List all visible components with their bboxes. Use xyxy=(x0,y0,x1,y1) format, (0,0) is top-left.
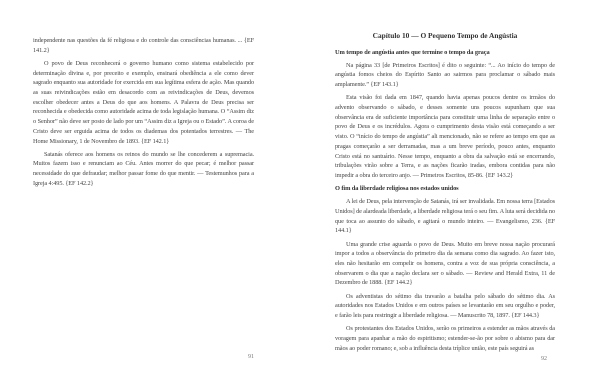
paragraph-continuation: independente nas questões da fé religios… xyxy=(33,36,254,55)
page-number-left: 91 xyxy=(33,354,254,361)
chapter-title: Capítulo 10 — O Pequeno Tempo de Angústi… xyxy=(335,31,555,42)
book-spread: independente nas questões da fé religios… xyxy=(0,0,600,388)
right-page-text-block: Capítulo 10 — O Pequeno Tempo de Angústi… xyxy=(335,31,555,357)
paragraph: A lei de Deus, pela intervenção de Satan… xyxy=(335,197,555,236)
page-left: independente nas questões da fé religios… xyxy=(0,0,300,388)
paragraph: Os adventistas do sétimo dia travarão a … xyxy=(335,292,555,321)
page-right: Capítulo 10 — O Pequeno Tempo de Angústi… xyxy=(300,0,600,388)
paragraph: Esta visão foi dada em 1847, quando havi… xyxy=(335,93,555,180)
left-page-text-block: independente nas questões da fé religios… xyxy=(33,36,254,192)
page-number-right: 92 xyxy=(335,356,547,363)
paragraph: O povo de Deus reconhecerá o governo hum… xyxy=(33,59,254,146)
section-heading-1: Um tempo de angústia antes que termine o… xyxy=(335,48,555,58)
paragraph: Na página 33 [de Primeiros Escritos] é d… xyxy=(335,61,555,90)
section-heading-2: O fim da liberdade religiosa nos estados… xyxy=(335,184,555,194)
paragraph: Os protestantes dos Estados Unidos, serã… xyxy=(335,324,555,353)
paragraph: Satanás oferece aos homens os reinos do … xyxy=(33,150,254,189)
paragraph: Uma grande crise aguarda o povo de Deus.… xyxy=(335,240,555,289)
